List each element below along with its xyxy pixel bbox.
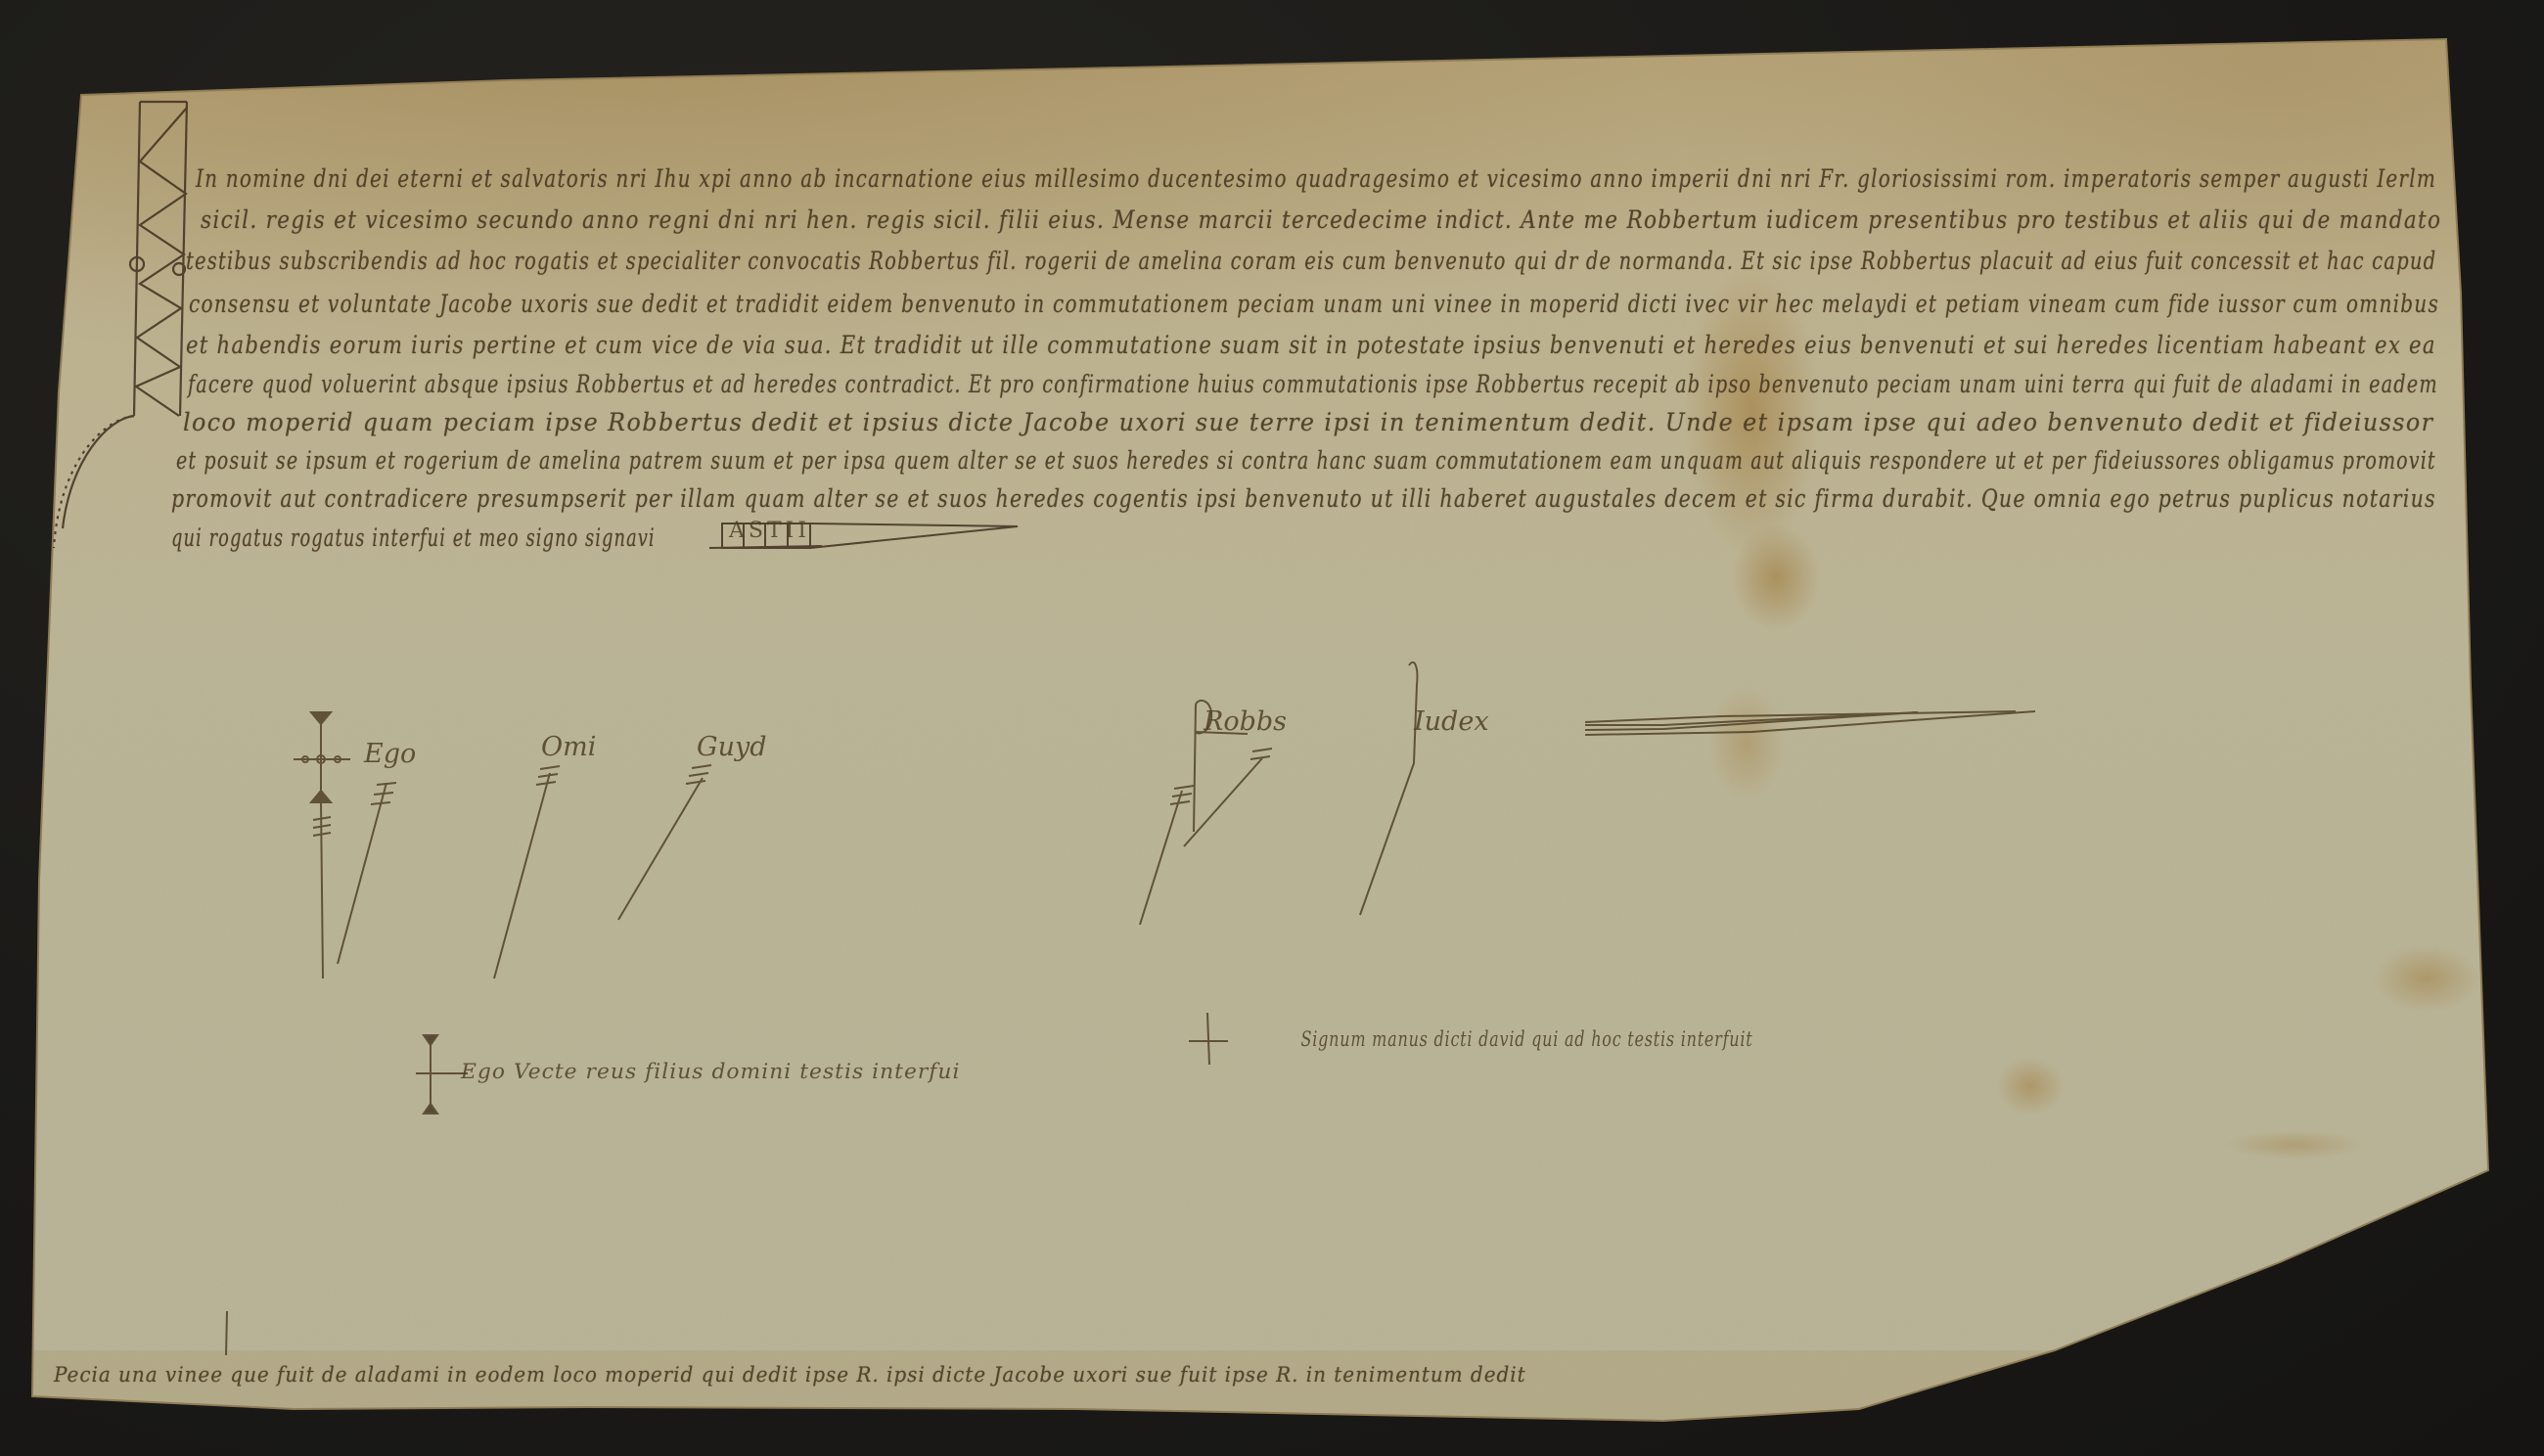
subscriber-guyd: Guyd — [697, 732, 767, 762]
notary-signum-letters: ASTII — [729, 519, 810, 543]
charter-line-5: et habendis eorum iuris pertine et cum v… — [186, 331, 2436, 359]
charter-line-9: promovit aut contradicere presumpserit p… — [171, 484, 2436, 513]
witness-line-david: Signum manus dicti david qui ad hoc test… — [1300, 1027, 1752, 1051]
charter-line-10: qui rogatus rogatus interfui et meo sign… — [171, 523, 656, 552]
charter-line-8: et posuit se ipsum et rogerium de amelin… — [176, 446, 2436, 475]
bottom-note: Pecia una vinee que fuit de aladami in e… — [54, 1363, 1526, 1387]
charter-line-1: In nomine dni dei eterni et salvatoris n… — [196, 164, 1991, 193]
charter-line-4: consensu et voluntate Jacobe uxoris sue … — [189, 290, 2439, 318]
charter-line-2: sicil. regis et vicesimo secundo anno re… — [201, 205, 2441, 234]
charter-line-6: facere quod voluerint absque ipsius Robb… — [188, 370, 2438, 398]
subscriber-omi: Omi — [541, 732, 596, 762]
witness-line-vecte: Ego Vecte reus filius domini testis inte… — [461, 1060, 960, 1083]
subscriber-robbs: Robbs — [1204, 706, 1287, 737]
charter-line-3: testibus subscribendis ad hoc rogatis et… — [186, 247, 2436, 275]
charter-line-7: loco moperid quam peciam ipse Robbertus … — [183, 408, 2433, 436]
subscriber-ego: Ego — [364, 739, 416, 769]
subscriber-iudex: Iudex — [1414, 706, 1489, 737]
